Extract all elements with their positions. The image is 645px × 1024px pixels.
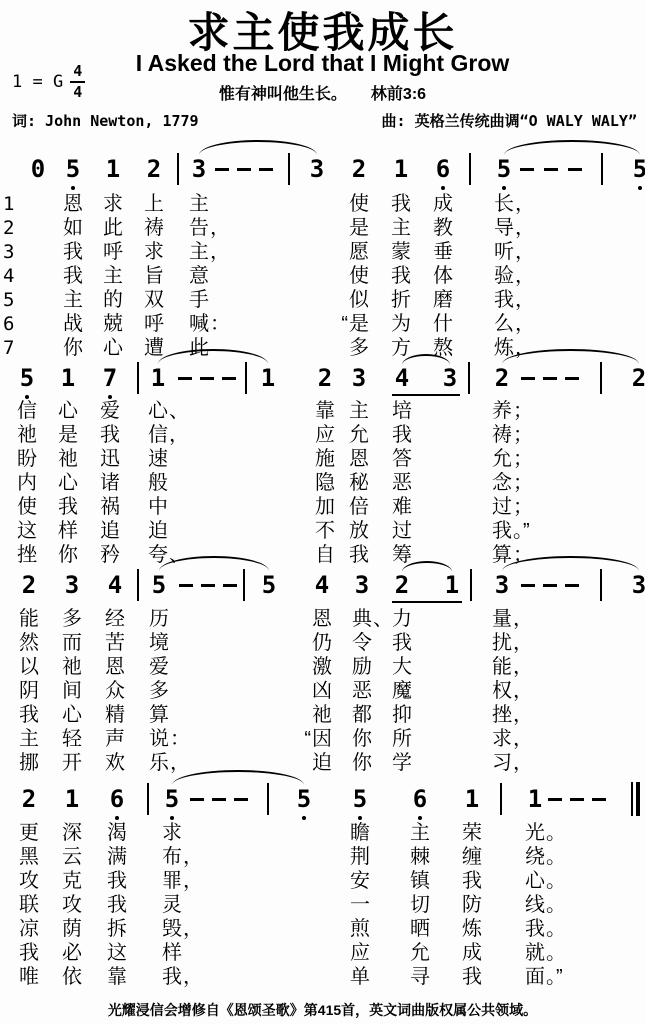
verse-number: 1 (3, 193, 14, 215)
lyric-cell: 自 (314, 544, 336, 566)
punctuation-mark: 。 (546, 846, 570, 868)
punctuation-mark: ， (513, 656, 537, 678)
lyric-cell: 允 (409, 942, 431, 964)
open-quote-mark: “ (332, 313, 348, 335)
lyric-cell: 主 (188, 193, 210, 215)
lyric-cell: 我 (390, 193, 412, 215)
note-digit: 6 (413, 786, 427, 812)
lyric-cell: 渴 (106, 822, 128, 844)
barline (243, 569, 245, 601)
lyric-cell: 靠 (314, 400, 336, 422)
note-digit: 5 (262, 572, 276, 598)
lyric-cell: 挫， (491, 704, 513, 726)
punctuation-mark: ： (170, 728, 194, 750)
lyric-cell: 速 (147, 448, 169, 470)
lyric-cell: 瞻 (349, 822, 371, 844)
note-digit: 0 (31, 156, 45, 182)
lyric-cell: 迅 (99, 448, 121, 470)
note-digit: 1 (394, 156, 408, 182)
barline (500, 783, 502, 815)
lyric-cell: 念； (491, 472, 513, 494)
punctuation-mark: ， (515, 217, 539, 239)
lyric-cell: 蒙 (390, 241, 412, 263)
lyric-cell: 黑 (18, 846, 40, 868)
duration-dash (215, 168, 229, 171)
punctuation-mark: ； (513, 424, 537, 446)
lyric-cell: 秘 (348, 472, 370, 494)
punctuation-mark: ， (515, 241, 539, 263)
lyric-cell: 声 (104, 728, 126, 750)
lyric-cell: 祷 (143, 217, 165, 239)
lyric-cell: 隐 (314, 472, 336, 494)
punctuation-mark: ， (210, 241, 234, 263)
lyric-cell: 折 (390, 289, 412, 311)
octave-dot (441, 186, 445, 190)
lyric-cell: 祸 (99, 496, 121, 518)
duration-dash (520, 168, 534, 171)
lyric-cell: 心 (57, 400, 79, 422)
lyric-cell: 以 (18, 656, 40, 678)
lyric-cell: 盼 (16, 448, 38, 470)
lyric-cell: 如 (62, 217, 84, 239)
lyric-cell: 拆 (106, 918, 128, 940)
note-digit: 2 (352, 156, 366, 182)
lyric-cell: 喊： (188, 313, 210, 335)
lyric-cell: 依 (61, 966, 83, 988)
punctuation-mark: ， (515, 265, 539, 287)
lyric-cell: 深 (61, 822, 83, 844)
note-digit: 3 (65, 572, 79, 598)
punctuation-mark: ， (183, 918, 207, 940)
duration-dash (237, 168, 251, 171)
lyric-cell: 恶 (351, 680, 373, 702)
lyric-cell: 习， (491, 752, 513, 774)
duration-dash (521, 377, 535, 380)
lyric-cell: 上 (143, 193, 165, 215)
punctuation-mark: ， (210, 217, 234, 239)
lyric-cell: 此 (102, 217, 124, 239)
duration-dash (544, 168, 558, 171)
octave-dot (170, 816, 174, 820)
lyric-cell: 炼 (461, 918, 483, 940)
barline (177, 153, 179, 185)
punctuation-mark: 。 (546, 918, 570, 940)
punctuation-mark: ； (513, 400, 537, 422)
lyric-cell: 安 (349, 870, 371, 892)
lyric-cell: 多 (348, 337, 370, 359)
punctuation-mark: 。 (546, 822, 570, 844)
lyric-cell: 样 (161, 942, 183, 964)
lyric-cell: 说： (148, 728, 170, 750)
lyric-cell: 挪 (18, 752, 40, 774)
lyric-cell: 唯 (18, 966, 40, 988)
punctuation-mark: 。” (546, 966, 570, 988)
lyric-cell: 什 (432, 313, 454, 335)
lyric-cell: 能， (491, 656, 513, 678)
lyric-cell: 凶 (311, 680, 333, 702)
lyric-cell: 众 (104, 680, 126, 702)
lyric-cell: 答 (391, 448, 413, 470)
lyric-cell: 苦 (104, 632, 126, 654)
lyric-cell: 般 (147, 472, 169, 494)
lyric-cell: 使 (16, 496, 38, 518)
lyric-cell: 扰， (491, 632, 513, 654)
punctuation-mark: ， (169, 424, 193, 446)
lyric-cell: 令 (351, 632, 373, 654)
note-digit: 1 (65, 786, 79, 812)
barline (137, 362, 139, 394)
note-digit: 5 (297, 786, 311, 812)
note-digit: 3 (632, 572, 645, 598)
lyric-cell: 求 (161, 822, 183, 844)
lyric-cell: 恩 (348, 448, 370, 470)
lyric-cell: 求， (491, 728, 513, 750)
duration-dash (565, 377, 579, 380)
lyric-cell: 毁， (161, 918, 183, 940)
lyric-cell: 寻 (409, 966, 431, 988)
lyric-cell: 允； (491, 448, 513, 470)
lyric-cell: 靠 (106, 966, 128, 988)
lyric-cell: 光。 (524, 822, 546, 844)
lyric-cell: 我， (493, 289, 515, 311)
lyric-cell: 然 (18, 632, 40, 654)
barline (600, 362, 602, 394)
lyric-cell: 我 (62, 241, 84, 263)
lyric-cell: 应 (314, 424, 336, 446)
footer-attribution: 光耀浸信会增修自《恩颂圣歌》第415首，英文词曲版权属公共领域。 (0, 1000, 645, 1020)
lyric-cell: 呼 (102, 241, 124, 263)
lyric-cell: 使 (348, 193, 370, 215)
duration-dash (234, 798, 248, 801)
beam-line (392, 601, 462, 603)
duration-dash (543, 377, 557, 380)
duration-dash (592, 798, 606, 801)
lyric-cell: 内 (16, 472, 38, 494)
lyric-cell: 祂 (311, 704, 333, 726)
barline (267, 783, 269, 815)
lyric-cell: 倍 (348, 496, 370, 518)
lyric-cell: 煎 (349, 918, 371, 940)
lyric-cell: 施 (314, 448, 336, 470)
lyric-cell: 荆 (349, 846, 371, 868)
lyric-cell: 绕。 (524, 846, 546, 868)
lyric-cell: 过； (491, 496, 513, 518)
note-digit: 3 (310, 156, 324, 182)
barline (600, 569, 602, 601)
punctuation-mark: 、 (169, 400, 193, 422)
duration-dash (570, 798, 584, 801)
note-digit: 5 (20, 365, 34, 391)
lyric-cell: 手 (188, 289, 210, 311)
lyric-cell: 磨 (432, 289, 454, 311)
duration-dash (548, 798, 562, 801)
octave-dot (25, 395, 29, 399)
duration-dash (223, 584, 237, 587)
lyric-cell: 为 (390, 313, 412, 335)
note-digit: 7 (103, 365, 117, 391)
note-digit: 5 (66, 156, 80, 182)
lyric-cell: 学 (391, 752, 413, 774)
lyric-cell: 心、 (147, 400, 169, 422)
lyric-cell: 而 (61, 632, 83, 654)
lyric-cell: 是 (348, 217, 370, 239)
lyric-cell: 恩 (62, 193, 84, 215)
lyric-cell: 放 (348, 520, 370, 542)
lyric-cell: 教 (432, 217, 454, 239)
lyric-cell: 罪， (161, 870, 183, 892)
lyric-cell: 旨 (143, 265, 165, 287)
lyric-cell: 意 (188, 265, 210, 287)
lyric-cell: 防 (461, 894, 483, 916)
note-digit: 6 (110, 786, 124, 812)
barline (137, 569, 139, 601)
duration-dash (178, 377, 192, 380)
lyric-cell: 这 (16, 520, 38, 542)
lyric-cell: 主 (62, 289, 84, 311)
punctuation-mark: ， (515, 193, 539, 215)
note-digit: 2 (632, 365, 645, 391)
lyric-cell: 我 (62, 265, 84, 287)
sheet-music-page: 求主使我成长 I Asked the Lord that I Might Gro… (0, 0, 645, 1024)
lyric-cell: 就。 (524, 942, 546, 964)
lyric-cell: 多 (61, 608, 83, 630)
lyric-cell: 力 (391, 608, 413, 630)
lyric-cell: 境 (148, 632, 170, 654)
punctuation-mark: ； (513, 496, 537, 518)
lyric-cell: 祂 (57, 448, 79, 470)
lyric-cell: 单 (349, 966, 371, 988)
lyric-cell: 乐， (148, 752, 170, 774)
lyric-cell: 历 (148, 608, 170, 630)
duration-dash (201, 584, 215, 587)
punctuation-mark: 。” (513, 520, 537, 542)
lyric-cell: 我 (461, 870, 483, 892)
lyric-cell: 一 (349, 894, 371, 916)
lyric-cell: 心 (102, 337, 124, 359)
punctuation-mark: ， (183, 846, 207, 868)
lyric-cell: 这 (106, 942, 128, 964)
duration-dash (521, 584, 535, 587)
slur-arc (504, 140, 640, 155)
note-digit: 5 (152, 572, 166, 598)
lyric-cell: 荫 (61, 918, 83, 940)
lyric-cell: 长， (493, 193, 515, 215)
lyric-cell: 主 (18, 728, 40, 750)
note-digit: 1 (106, 156, 120, 182)
note-digit: 2 (22, 572, 36, 598)
lyric-cell: 垂 (432, 241, 454, 263)
duration-dash (212, 798, 226, 801)
barline (470, 569, 472, 601)
punctuation-mark: ， (515, 289, 539, 311)
lyric-cell: 励 (351, 656, 373, 678)
lyric-cell: 典、 (351, 608, 373, 630)
note-digit: 5 (633, 156, 645, 182)
duration-dash (222, 377, 236, 380)
lyric-cell: 迫 (147, 520, 169, 542)
lyric-cell: 成 (432, 193, 454, 215)
lyric-cell: 算 (148, 704, 170, 726)
lyric-cell: 都 (351, 704, 373, 726)
verse-number: 2 (3, 217, 14, 239)
octave-dot (418, 816, 422, 820)
lyric-cell: 必 (61, 942, 83, 964)
lyric-cell: 我 (106, 870, 128, 892)
lyric-cell: 镇 (409, 870, 431, 892)
punctuation-mark: ， (183, 966, 207, 988)
lyric-cell: 培 (391, 400, 413, 422)
lyric-cell: 面。” (524, 966, 546, 988)
lyric-cell: 欢 (104, 752, 126, 774)
beam-line (392, 394, 460, 396)
lyric-cell: 爱 (148, 656, 170, 678)
lyric-cell: 仍 (311, 632, 333, 654)
lyric-cell: 求 (102, 193, 124, 215)
lyric-cell: “是 (348, 313, 370, 335)
barline (469, 153, 471, 185)
lyric-cell: 心 (57, 472, 79, 494)
octave-dot (638, 186, 642, 190)
punctuation-mark: ： (210, 313, 234, 335)
lyric-cell: 克 (61, 870, 83, 892)
lyric-cell: 导， (493, 217, 515, 239)
lyric-cell: 你 (351, 728, 373, 750)
lyric-cell: 激 (311, 656, 333, 678)
note-digit: 2 (495, 365, 509, 391)
punctuation-mark: 。 (546, 942, 570, 964)
note-digit: 2 (318, 365, 332, 391)
lyric-cell: 主 (102, 265, 124, 287)
duration-dash (543, 584, 557, 587)
lyric-cell: 呼 (143, 313, 165, 335)
note-digit: 5 (353, 786, 367, 812)
lyric-cell: 过 (391, 520, 413, 542)
lyric-cell: 荣 (461, 822, 483, 844)
lyric-cell: 我 (57, 496, 79, 518)
lyric-cell: 我。 (524, 918, 546, 940)
punctuation-mark: ， (513, 704, 537, 726)
lyric-cell: 恩 (311, 608, 333, 630)
lyric-cell: 灵 (161, 894, 183, 916)
lyric-cell: 经 (104, 608, 126, 630)
note-digit: 1 (465, 786, 479, 812)
open-quote-mark: “ (295, 728, 311, 750)
octave-dot (71, 186, 75, 190)
note-digit: 2 (22, 786, 36, 812)
barline (147, 783, 149, 815)
punctuation-mark: ， (513, 608, 537, 630)
lyric-cell: “因 (311, 728, 333, 750)
score-body: 05123321655恩求上主使我成长，如此祷告，是主教导，我呼求主，愿蒙垂听，… (0, 0, 645, 1024)
lyric-cell: 所 (391, 728, 413, 750)
lyric-cell: 双 (143, 289, 165, 311)
lyric-cell: 应 (349, 942, 371, 964)
lyric-cell: 主 (348, 400, 370, 422)
lyric-cell: 中 (147, 496, 169, 518)
slur-arc (158, 349, 268, 364)
punctuation-mark: ， (515, 313, 539, 335)
octave-dot (302, 816, 306, 820)
note-digit: 1 (151, 365, 165, 391)
lyric-cell: 你 (62, 337, 84, 359)
lyric-cell: 算； (491, 544, 513, 566)
punctuation-mark: 。 (546, 894, 570, 916)
duration-dash (568, 168, 582, 171)
lyric-cell: 魔 (391, 680, 413, 702)
lyric-cell: 成 (461, 942, 483, 964)
lyric-cell: 多 (148, 680, 170, 702)
lyric-cell: 线。 (524, 894, 546, 916)
lyric-cell: 轻 (61, 728, 83, 750)
lyric-cell: 你 (57, 544, 79, 566)
lyric-cell: 你 (351, 752, 373, 774)
lyric-cell: 心 (61, 704, 83, 726)
note-digit: 1 (528, 786, 542, 812)
lyric-cell: 使 (348, 265, 370, 287)
punctuation-mark: ， (513, 752, 537, 774)
lyric-cell: 我 (461, 966, 483, 988)
lyric-cell: 遭 (143, 337, 165, 359)
lyric-cell: 精 (104, 704, 126, 726)
barline (245, 362, 247, 394)
punctuation-mark: ， (513, 632, 537, 654)
lyric-cell: 祂 (61, 656, 83, 678)
lyric-cell: 追 (99, 520, 121, 542)
lyric-cell: 主， (188, 241, 210, 263)
lyric-cell: 求 (143, 241, 165, 263)
note-digit: 5 (165, 786, 179, 812)
note-digit: 3 (192, 156, 206, 182)
note-digit: 3 (355, 572, 369, 598)
lyric-cell: 难 (391, 496, 413, 518)
lyric-cell: 更 (18, 822, 40, 844)
lyric-cell: 开 (61, 752, 83, 774)
lyric-cell: 恩 (104, 656, 126, 678)
lyric-cell: 战 (62, 313, 84, 335)
note-digit: 6 (436, 156, 450, 182)
lyric-cell: 是 (57, 424, 79, 446)
verse-number: 7 (3, 337, 14, 359)
slur-arc (199, 140, 317, 155)
lyric-cell: 祷； (491, 424, 513, 446)
lyric-cell: 挫 (16, 544, 38, 566)
lyric-cell: 切 (409, 894, 431, 916)
lyric-cell: 我 (390, 265, 412, 287)
lyric-cell: 我 (18, 942, 40, 964)
lyric-cell: 恶 (391, 472, 413, 494)
barline (601, 153, 603, 185)
lyric-cell: 爱 (99, 400, 121, 422)
lyric-cell: 抑 (391, 704, 413, 726)
lyric-cell: 我 (106, 894, 128, 916)
barline (288, 153, 290, 185)
lyric-cell: 养； (491, 400, 513, 422)
octave-dot (358, 816, 362, 820)
verse-number: 3 (3, 241, 14, 263)
lyric-cell: 矜 (99, 544, 121, 566)
lyric-cell: 信 (16, 400, 38, 422)
verse-number: 5 (3, 289, 14, 311)
punctuation-mark: ， (513, 680, 537, 702)
lyric-cell: 量， (491, 608, 513, 630)
punctuation-mark: ， (513, 728, 537, 750)
lyric-cell: 祂 (16, 424, 38, 446)
lyric-cell: 攻 (61, 894, 83, 916)
note-digit: 4 (315, 572, 329, 598)
lyric-cell: 心。 (524, 870, 546, 892)
lyric-cell: 我 (348, 544, 370, 566)
octave-dot (502, 186, 506, 190)
